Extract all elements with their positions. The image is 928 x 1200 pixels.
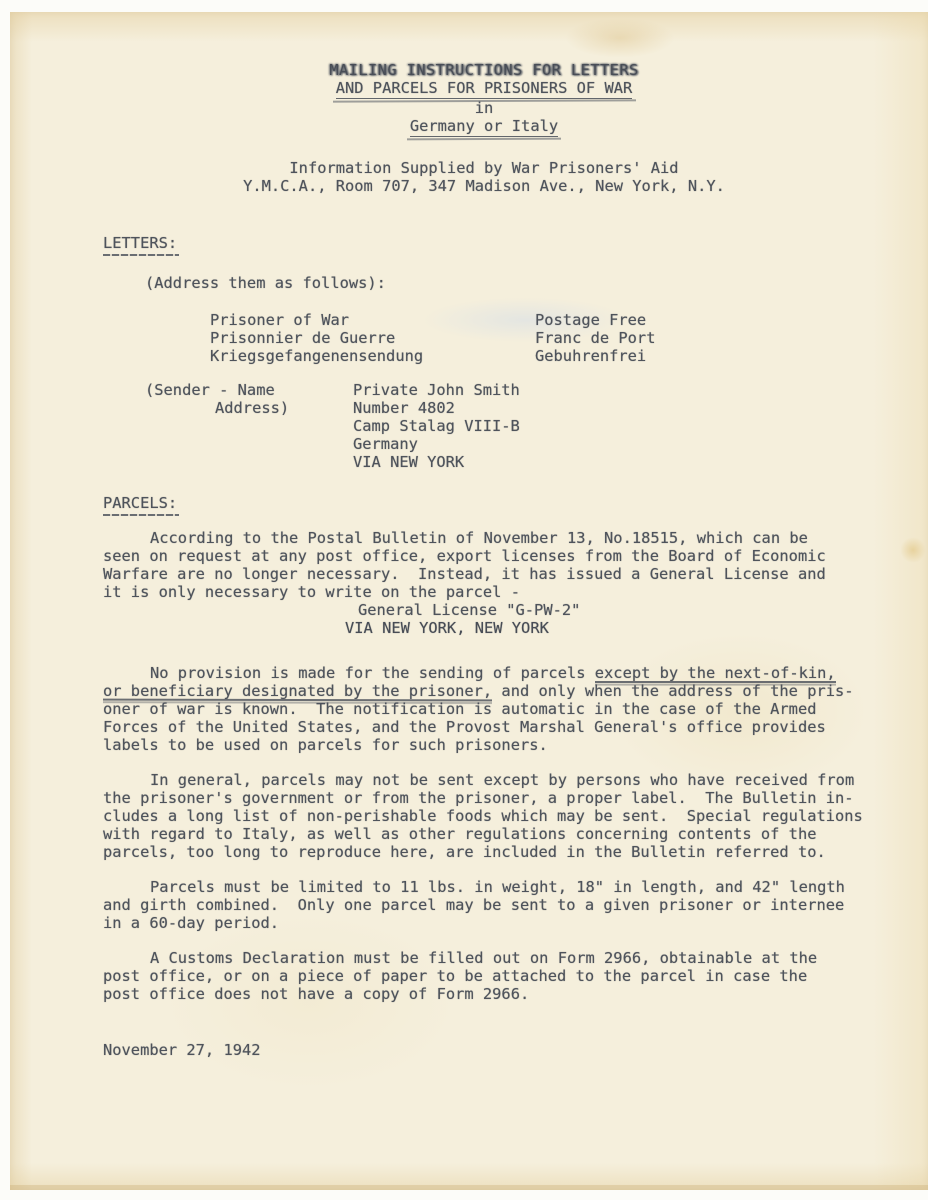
paragraph-line: or beneficiary designated by the prisone… (103, 682, 890, 700)
paragraph-license: According to the Postal Bulletin of Nove… (103, 529, 890, 637)
sender-address-line: Camp Stalag VIII-B (353, 417, 520, 435)
title-line-3: in (103, 99, 865, 117)
letters-heading-text: LETTERS: (103, 234, 177, 252)
address-language-label: Kriegsgefangenensendung (210, 347, 535, 365)
paragraph-line: in a 60-day period. (103, 914, 890, 932)
document-content: MAILING INSTRUCTIONS FOR LETTERS AND PAR… (10, 12, 928, 1059)
paragraph-line: No provision is made for the sending of … (103, 664, 890, 682)
paragraph-line: According to the Postal Bulletin of Nove… (103, 529, 890, 547)
paper-sheet: MAILING INSTRUCTIONS FOR LETTERS AND PAR… (10, 12, 928, 1190)
parcels-section: PARCELS: According to the Postal Bulleti… (103, 494, 890, 1003)
paper-edge-bottom-shade (10, 1163, 928, 1185)
parcels-heading-text: PARCELS: (103, 494, 177, 512)
source-block: Information Supplied by War Prisoners' A… (103, 159, 865, 195)
document-date: November 27, 1942 (103, 1041, 890, 1059)
sender-labels: (Sender - Name Address) (145, 381, 353, 471)
parcels-heading: PARCELS: (103, 494, 890, 512)
paragraph-general: In general, parcels may not be sent exce… (103, 771, 890, 861)
sender-address-line: VIA NEW YORK (353, 453, 520, 471)
paragraph-next-of-kin: No provision is made for the sending of … (103, 664, 890, 754)
sender-address-line: Number 4802 (353, 399, 520, 417)
paper-edge-bottom (10, 1185, 928, 1190)
title-line-4-text: Germany or Italy (410, 117, 558, 137)
paragraph-line: A Customs Declaration must be filled out… (103, 949, 890, 967)
paragraph-customs: A Customs Declaration must be filled out… (103, 949, 890, 1003)
title-line-4: Germany or Italy (103, 117, 865, 137)
paragraph-line: post office, or on a piece of paper to b… (103, 967, 890, 985)
paragraph-line: and girth combined. Only one parcel may … (103, 896, 890, 914)
address-row: Prisonnier de Guerre Franc de Port (210, 329, 890, 347)
paragraph-line: seen on request at any post office, expo… (103, 547, 890, 565)
title-line-1: MAILING INSTRUCTIONS FOR LETTERS (103, 61, 865, 79)
paragraph-limits: Parcels must be limited to 11 lbs. in we… (103, 878, 890, 932)
source-line-2: Y.M.C.A., Room 707, 347 Madison Ave., Ne… (103, 177, 865, 195)
postage-label: Postage Free (535, 311, 646, 329)
sender-block: (Sender - Name Address) Private John Smi… (145, 381, 890, 471)
paragraph-line: parcels, too long to reproduce here, are… (103, 843, 890, 861)
title-block: MAILING INSTRUCTIONS FOR LETTERS AND PAR… (103, 61, 865, 137)
paragraph-line: it is only necessary to write on the par… (103, 583, 890, 601)
title-line-2-text: AND PARCELS FOR PRISONERS OF WAR (336, 79, 633, 99)
sender-address: Private John Smith Number 4802 Camp Stal… (353, 381, 520, 471)
paragraph-line: Forces of the United States, and the Pro… (103, 718, 890, 736)
sender-address-line: Germany (353, 435, 520, 453)
paragraph-line: the prisoner's government or from the pr… (103, 789, 890, 807)
paragraph-line: with regard to Italy, as well as other r… (103, 825, 890, 843)
sender-address-line: Private John Smith (353, 381, 520, 399)
address-language-label: Prisoner of War (210, 311, 535, 329)
general-license-line: General License "G-PW-2" (358, 601, 890, 619)
paragraph-line: In general, parcels may not be sent exce… (103, 771, 890, 789)
via-new-york-line: VIA NEW YORK, NEW YORK (345, 619, 890, 637)
title-line-2: AND PARCELS FOR PRISONERS OF WAR (103, 79, 865, 99)
postage-label: Gebuhrenfrei (535, 347, 646, 365)
paragraph-line-text: No provision is made for the sending of … (150, 664, 836, 682)
address-language-label: Prisonnier de Guerre (210, 329, 535, 347)
address-row: Prisoner of War Postage Free (210, 311, 890, 329)
address-table: Prisoner of War Postage Free Prisonnier … (210, 311, 890, 365)
letters-section: LETTERS: (Address them as follows): Pris… (103, 234, 890, 471)
paragraph-line-text: or beneficiary designated by the prisone… (103, 682, 854, 700)
paragraph-line: post office does not have a copy of Form… (103, 985, 890, 1003)
paragraph-line: Parcels must be limited to 11 lbs. in we… (103, 878, 890, 896)
paragraph-line: cludes a long list of non-perishable foo… (103, 807, 890, 825)
sender-label-line-1: (Sender - Name (145, 381, 353, 399)
letters-heading: LETTERS: (103, 234, 890, 252)
scan-background: { "document": { "title": { "line1": "MAI… (0, 0, 928, 1200)
source-line-1: Information Supplied by War Prisoners' A… (103, 159, 865, 177)
paragraph-line: labels to be used on parcels for such pr… (103, 736, 890, 754)
address-row: Kriegsgefangenensendung Gebuhrenfrei (210, 347, 890, 365)
letters-intro: (Address them as follows): (145, 274, 890, 292)
paragraph-line: Warfare are no longer necessary. Instead… (103, 565, 890, 583)
postage-label: Franc de Port (535, 329, 655, 347)
paragraph-line: oner of war is known. The notification i… (103, 700, 890, 718)
sender-label-line-2: Address) (215, 399, 353, 417)
